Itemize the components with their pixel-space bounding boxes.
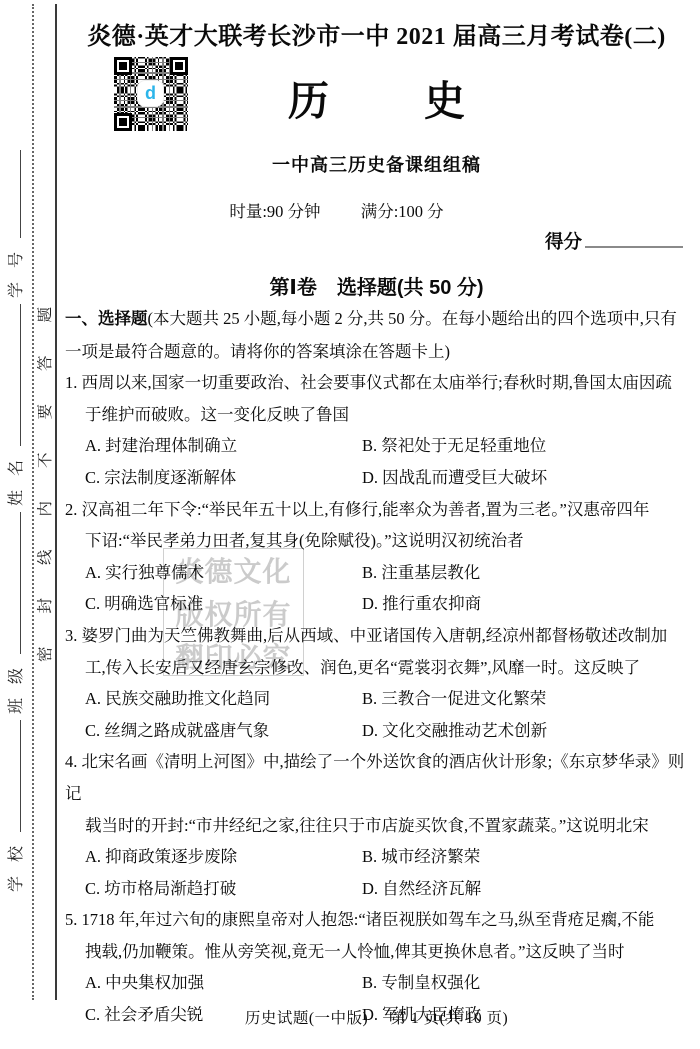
name-blank-line xyxy=(8,304,21,446)
question-stem: 1. 西周以来,国家一切重要政治、社会要事仪式都在太庙举行;春秋时期,鲁国太庙因… xyxy=(65,367,688,399)
seal-warning-text: 密封线内不要答题 xyxy=(33,282,59,662)
question-5: 5. 1718 年,年过六旬的康熙皇帝对人抱怨:“诸臣视朕如驾车之马,纵至背疮足… xyxy=(65,904,688,1030)
score-blank-line xyxy=(585,230,683,248)
option-row: A. 民族交融助推文化趋同 B. 三教合一促进文化繁荣 C. 丝绸之路成就盛唐气… xyxy=(65,683,688,746)
option-b: B. 注重基层教化 xyxy=(362,557,688,589)
question-stem: 4. 北宋名画《清明上河图》中,描绘了一个外送饮食的酒店伙计形象;《东京梦华录》… xyxy=(65,746,688,809)
question-4: 4. 北宋名画《清明上河图》中,描绘了一个外送饮食的酒店伙计形象;《东京梦华录》… xyxy=(65,746,688,904)
option-b: B. 城市经济繁荣 xyxy=(362,841,688,873)
score-field: 得分 xyxy=(545,228,683,254)
option-a: A. 民族交融助推文化趋同 xyxy=(85,683,362,715)
option-c: C. 丝绸之路成就盛唐气象 xyxy=(85,715,362,747)
option-a: A. 中央集权加强 xyxy=(85,967,362,999)
question-number: 2. xyxy=(65,500,77,519)
question-number: 5. xyxy=(65,910,77,929)
option-c: C. 明确选官标准 xyxy=(85,588,362,620)
score-label: 得分 xyxy=(545,231,582,252)
exam-title: 炎德·英才大联考长沙市一中 2021 届高三月考试卷(二) xyxy=(65,16,688,51)
student-id-blank-line xyxy=(8,150,21,238)
question-stem: 载当时的开封:“市井经纪之家,往往只于市店旋买饮食,不置家蔬菜。”这说明北宋 xyxy=(65,810,688,842)
option-b: B. 三教合一促进文化繁荣 xyxy=(362,683,688,715)
duration-label: 时量:90 分钟 xyxy=(229,202,320,221)
instruction-line-2: 一项是最符合题意的。请将你的答案填涂在答题卡上) xyxy=(65,336,688,368)
school-blank-line xyxy=(8,720,21,832)
option-d: D. 因战乱而遭受巨大破坏 xyxy=(362,462,688,494)
section-title: 第Ⅰ卷 选择题(共 50 分) xyxy=(65,271,688,300)
option-d: D. 推行重农抑商 xyxy=(362,588,688,620)
option-d: D. 文化交融推动艺术创新 xyxy=(362,715,688,747)
class-blank-line xyxy=(8,512,21,654)
instruction-line-1: 一、选择题(本大题共 25 小题,每小题 2 分,共 50 分。在每小题给出的四… xyxy=(65,303,688,336)
question-stem: 3. 婆罗门曲为天竺佛教舞曲,后从西域、中亚诸国传入唐朝,经凉州都督杨敬述改制加 xyxy=(65,620,688,652)
student-id-label: 学号 xyxy=(3,238,26,298)
exam-meta: 时量:90 分钟 满分:100 分 xyxy=(25,198,648,222)
question-stem: 于维护而破败。这一变化反映了鲁国 xyxy=(65,399,688,431)
question-stem: 5. 1718 年,年过六旬的康熙皇帝对人抱怨:“诸臣视朕如驾车之马,纵至背疮足… xyxy=(65,904,688,936)
question-area: 一、选择题(本大题共 25 小题,每小题 2 分,共 50 分。在每小题给出的四… xyxy=(65,303,688,1031)
option-b: B. 祭祀处于无足轻重地位 xyxy=(362,430,688,462)
option-b: B. 专制皇权强化 xyxy=(362,967,688,999)
class-label: 班级 xyxy=(3,654,26,714)
name-label: 姓名 xyxy=(3,446,26,506)
full-score-label: 满分:100 分 xyxy=(361,202,444,221)
option-d: D. 自然经济瓦解 xyxy=(362,873,688,905)
subject-title: 历史 xyxy=(65,68,688,127)
option-row: A. 封建治理体制确立 B. 祭祀处于无足轻重地位 C. 宗法制度逐渐解体 D.… xyxy=(65,430,688,493)
question-3: 3. 婆罗门曲为天竺佛教舞曲,后从西域、中亚诸国传入唐朝,经凉州都督杨敬述改制加… xyxy=(65,620,688,746)
student-info-strip: 学校 班级 姓名 学号 xyxy=(0,92,28,892)
school-label: 学校 xyxy=(3,832,26,892)
option-row: A. 实行独尊儒术 B. 注重基层教化 C. 明确选官标准 D. 推行重农抑商 xyxy=(65,557,688,620)
option-row: A. 中央集权加强 B. 专制皇权强化 C. 社会矛盾尖锐 D. 军机大臣惰政 xyxy=(65,967,688,1030)
option-row: A. 抑商政策逐步废除 B. 城市经济繁荣 C. 坊市格局渐趋打破 D. 自然经… xyxy=(65,841,688,904)
option-d: D. 军机大臣惰政 xyxy=(362,999,688,1031)
question-1: 1. 西周以来,国家一切重要政治、社会要事仪式都在太庙举行;春秋时期,鲁国太庙因… xyxy=(65,367,688,493)
question-2: 2. 汉高祖二年下令:“举民年五十以上,有修行,能率众为善者,置为三老。”汉惠帝… xyxy=(65,494,688,620)
question-stem: 工,传入长安后又经唐玄宗修改、润色,更名“霓裳羽衣舞”,风靡一时。这反映了 xyxy=(65,652,688,684)
question-stem: 2. 汉高祖二年下令:“举民年五十以上,有修行,能率众为善者,置为三老。”汉惠帝… xyxy=(65,494,688,526)
drafter-line: 一中高三历史备课组组稿 xyxy=(65,151,688,177)
question-number: 1. xyxy=(65,373,77,392)
option-a: A. 实行独尊儒术 xyxy=(85,557,362,589)
question-number: 3. xyxy=(65,626,77,645)
option-a: A. 抑商政策逐步废除 xyxy=(85,841,362,873)
question-stem: 拽载,仍加鞭策。惟从旁笑视,竟无一人怜恤,俾其更换休息者。”这反映了当时 xyxy=(65,936,688,968)
option-a: A. 封建治理体制确立 xyxy=(85,430,362,462)
option-c: C. 社会矛盾尖锐 xyxy=(85,999,362,1031)
instruction-prefix: 一、选择题 xyxy=(65,310,148,328)
option-c: C. 坊市格局渐趋打破 xyxy=(85,873,362,905)
question-stem: 下诏:“举民孝弟力田者,复其身(免除赋役)。”这说明汉初统治者 xyxy=(65,525,688,557)
question-number: 4. xyxy=(65,752,77,771)
option-c: C. 宗法制度逐渐解体 xyxy=(85,462,362,494)
